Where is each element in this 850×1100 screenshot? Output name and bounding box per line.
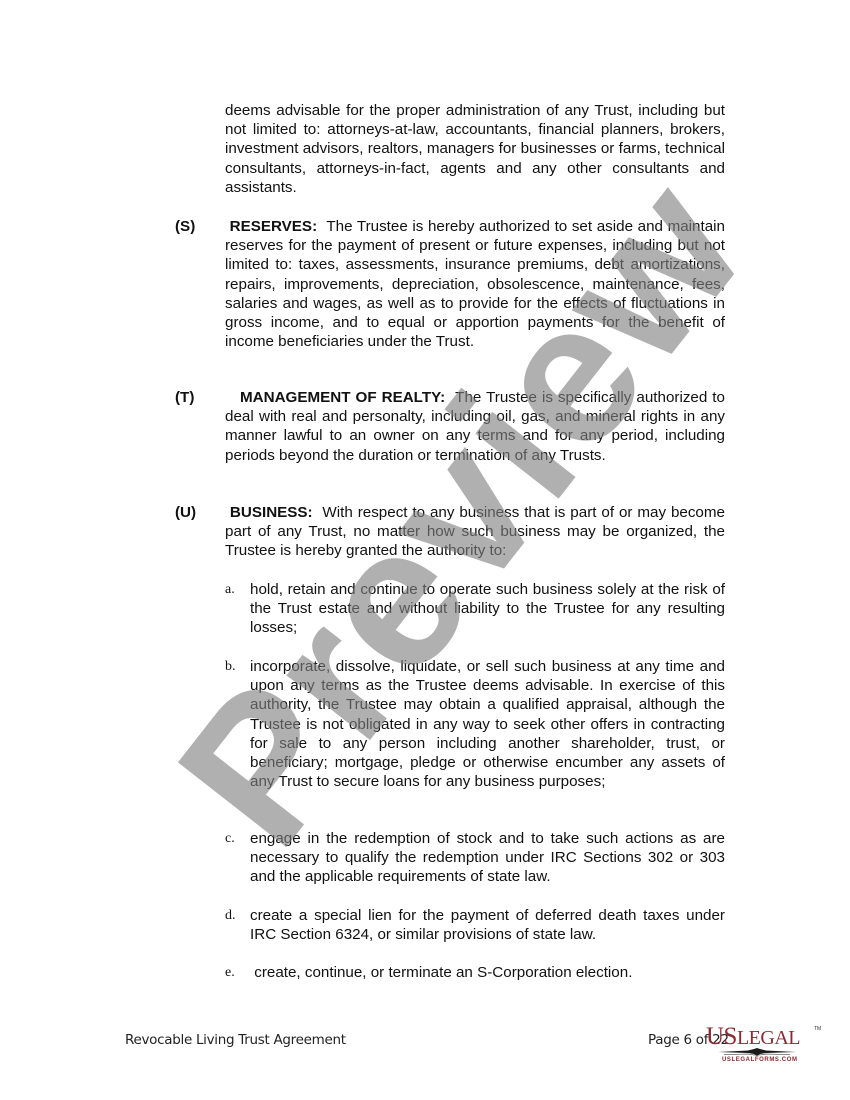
item-letter-b: b.	[225, 657, 236, 676]
item-letter-c: c.	[225, 829, 235, 848]
list-item-a: hold, retain and continue to operate suc…	[250, 580, 725, 638]
item-letter-d: d.	[225, 906, 236, 925]
section-label-s: (S)	[175, 217, 195, 236]
footer-document-title: Revocable Living Trust Agreement	[125, 1032, 346, 1048]
eagle-icon	[718, 1048, 796, 1056]
logo-url: USLEGALFORMS.COM	[722, 1057, 798, 1063]
list-item-b: incorporate, dissolve, liquidate, or sel…	[250, 657, 725, 791]
list-item-c: engage in the redemption of stock and to…	[250, 829, 725, 887]
list-item-d: create a special lien for the payment of…	[250, 906, 725, 944]
section-management-of-realty: MANAGEMENT OF REALTY: The Trustee is spe…	[225, 388, 725, 465]
section-heading-management-of-realty: MANAGEMENT OF REALTY:	[225, 389, 445, 406]
section-business: BUSINESS: With respect to any business t…	[225, 503, 725, 561]
logo-trademark: TM	[814, 1026, 821, 1032]
list-item-e: create, continue, or terminate an S-Corp…	[250, 963, 725, 982]
section-reserves: RESERVES: The Trustee is hereby authoriz…	[225, 217, 725, 351]
section-heading-business: BUSINESS:	[225, 504, 313, 521]
section-heading-reserves: RESERVES:	[225, 218, 317, 235]
continuation-paragraph: deems advisable for the proper administr…	[225, 101, 725, 197]
logo-wordmark: USLEGAL	[706, 1024, 800, 1051]
section-label-u: (U)	[175, 503, 196, 522]
item-letter-a: a.	[225, 580, 235, 599]
section-label-t: (T)	[175, 388, 194, 407]
uslegal-logo: USLEGAL TM USLEGALFORMS.COM	[706, 1024, 822, 1068]
item-letter-e: e.	[225, 963, 235, 982]
document-page: deems advisable for the proper administr…	[0, 0, 850, 1100]
section-text-reserves: The Trustee is hereby authorized to set …	[225, 218, 725, 350]
